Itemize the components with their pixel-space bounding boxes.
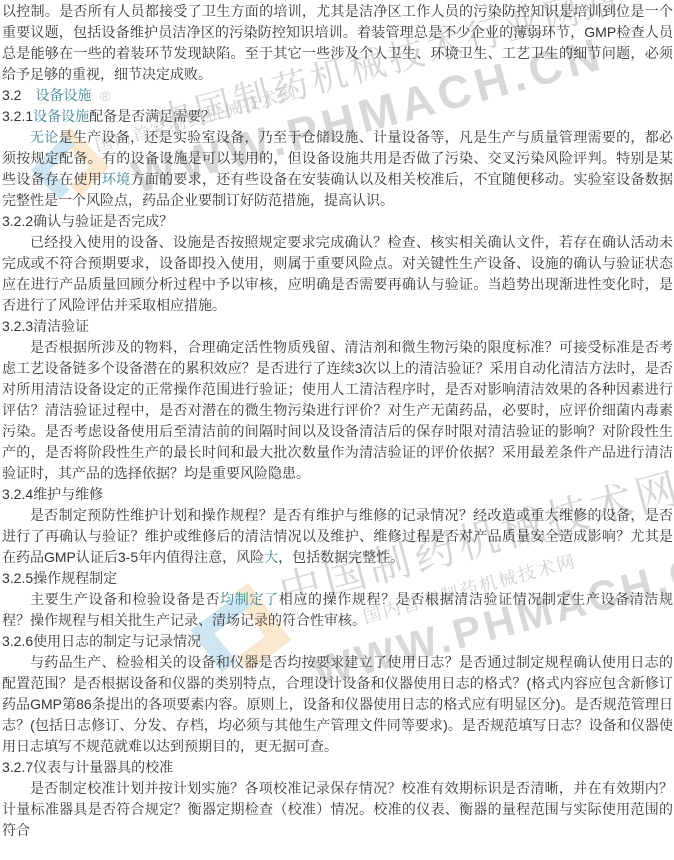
doc-paragraph: 无论是生产设备，还是实验室设备，乃至于仓储设施、计量设备等，凡是生产与质量管理需…: [2, 127, 673, 211]
doc-paragraph: 是否根据所涉及的物料，合理确定活性物质残留、清洁剂和微生物污染的限度标准？可接受…: [2, 337, 673, 484]
text-segment: 3.2.5操作规程制定: [2, 570, 117, 586]
text-segment: 以控制。是否所有人员都接受了卫生方面的培训，尤其是洁净区工作人员的污染防控知识是…: [2, 3, 673, 82]
text-segment: ，包括数据完整性。: [278, 549, 404, 565]
text-segment: 3.2: [2, 87, 35, 103]
text-segment: 配备是否满足需要？: [89, 108, 215, 124]
text-segment: 无论: [30, 129, 59, 145]
doc-paragraph: 已经投入使用的设备、设施是否按照规定要求完成确认？检查、核实相关确认文件，若存在…: [2, 232, 673, 316]
doc-paragraph: 与药品生产、检验相关的设备和仪器是否均按要求建立了使用日志？是否通过制定规程确认…: [2, 652, 673, 757]
text-segment: 均制定了: [220, 591, 279, 607]
text-segment: 3.2.2确认与验证是否完成？: [2, 213, 173, 229]
text-segment: 是否制定校准计划并按计划实施？各项校准记录保存情况？校准有效期标识是否清晰，并在…: [2, 780, 673, 838]
text-segment: 3.2.4维护与维修: [2, 486, 103, 502]
text-segment: 环境: [102, 171, 131, 187]
text-segment: 是否根据所涉及的物料，合理确定活性物质残留、清洁剂和微生物污染的限度标准？可接受…: [2, 339, 673, 481]
text-segment: 3.2.7仪表与计量器具的校准: [2, 759, 173, 775]
doc-heading: 3.2.5操作规程制定: [2, 568, 673, 589]
doc-heading: 3.2.7仪表与计量器具的校准: [2, 757, 673, 778]
text-segment: 3.2.3清洁验证: [2, 318, 89, 334]
text-segment: 已经投入使用的设备、设施是否按照规定要求完成确认？检查、核实相关确认文件，若存在…: [2, 234, 673, 313]
text-segment: 设备设施: [33, 108, 89, 124]
text-segment: 大: [264, 549, 278, 565]
text-segment: 3.2.1: [2, 108, 33, 124]
doc-paragraph: 是否制定预防性维护计划和操作规程？是否有维护与维修的记录情况？经改造或重大维修的…: [2, 505, 673, 568]
text-segment: 设备设施: [35, 87, 91, 103]
document-body: 以控制。是否所有人员都接受了卫生方面的培训，尤其是洁净区工作人员的污染防控知识是…: [0, 0, 674, 841]
doc-heading: 3.2.4维护与维修: [2, 484, 673, 505]
page-root: ® 中国制药机械技术行业网站 国内首家制药机械技术网 WWW.PHMACH.CN…: [0, 0, 674, 860]
doc-heading: 3.2.3清洁验证: [2, 316, 673, 337]
doc-heading: 3.2.1设备设施配备是否满足需要？: [2, 106, 673, 127]
text-segment: 与药品生产、检验相关的设备和仪器是否均按要求建立了使用日志？是否通过制定规程确认…: [2, 654, 673, 754]
doc-paragraph: 以控制。是否所有人员都接受了卫生方面的培训，尤其是洁净区工作人员的污染防控知识是…: [2, 1, 673, 85]
doc-paragraph: 是否制定校准计划并按计划实施？各项校准记录保存情况？校准有效期标识是否清晰，并在…: [2, 778, 673, 841]
doc-heading: 3.2 设备设施: [2, 85, 673, 106]
doc-heading: 3.2.2确认与验证是否完成？: [2, 211, 673, 232]
text-segment: 主要生产设备和检验设备是否: [30, 591, 220, 607]
doc-heading: 3.2.6使用日志的制定与记录情况: [2, 631, 673, 652]
doc-paragraph: 主要生产设备和检验设备是否均制定了相应的操作规程？是否根据清洁验证情况制定生产设…: [2, 589, 673, 631]
text-segment: 3.2.6使用日志的制定与记录情况: [2, 633, 201, 649]
